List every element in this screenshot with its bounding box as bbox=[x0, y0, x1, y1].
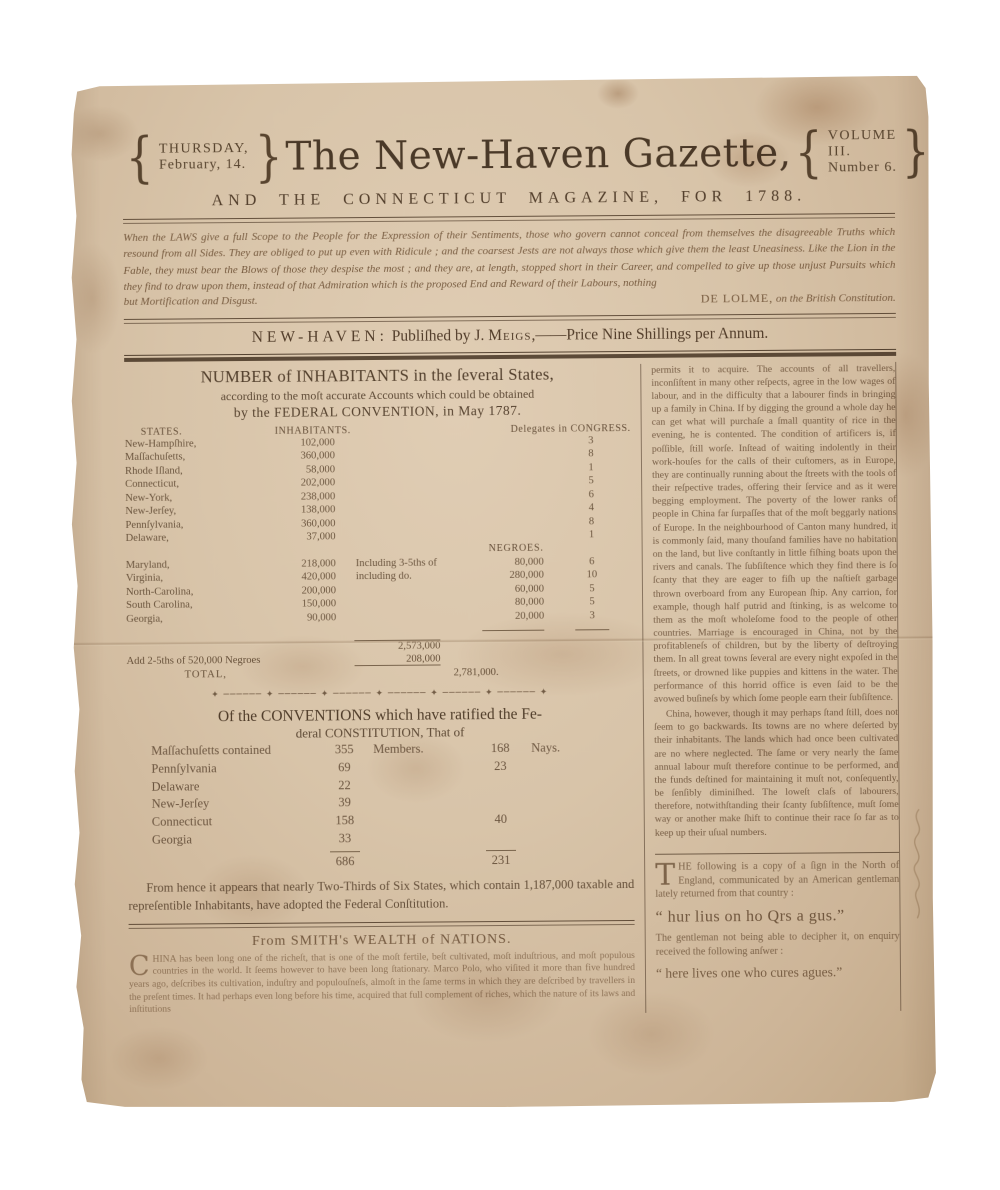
rule-above-anecdote bbox=[655, 852, 899, 855]
ornament-divider: ✦ ────── ✦ ────── ✦ ────── ✦ ────── ✦ ──… bbox=[127, 687, 633, 701]
imprint-price: ,——Price Nine Shillings per Annum. bbox=[531, 324, 768, 343]
epigraph-tail-text: but Mortification and Disgust. bbox=[124, 294, 258, 310]
total-members: 686 bbox=[330, 851, 361, 871]
sign-text: “ hur lius on ho Qrs a gus.” bbox=[655, 907, 899, 927]
epigraph-attribution: DE LOLME, on the British Constitution. bbox=[701, 289, 896, 306]
table-row: Georgia33 bbox=[128, 828, 634, 850]
drop-cap-c: C bbox=[129, 954, 153, 979]
right-brace-close: } bbox=[902, 128, 930, 177]
rule-above-smith bbox=[129, 920, 635, 929]
column-sum-rules bbox=[126, 622, 632, 640]
add-value: 208,000 bbox=[354, 654, 440, 667]
volume-number: VOLUME III. bbox=[828, 128, 897, 161]
total-value: 2,781,000. bbox=[413, 667, 499, 679]
sign-anecdote: THE following is a copy of a ſign in the… bbox=[655, 859, 900, 982]
imprint-city: NEW-HAVEN: bbox=[252, 327, 388, 345]
masthead: { THURSDAY, February, 14. } The New-Have… bbox=[122, 128, 894, 183]
rule-under-imprint bbox=[124, 348, 896, 361]
inhabitants-table: New-Hampſhire,102,0003 Maſſachuſetts,360… bbox=[125, 434, 633, 640]
magazine-subtitle: AND THE CONNECTICUT MAGAZINE, FOR 1788. bbox=[123, 186, 895, 210]
masthead-date: { THURSDAY, February, 14. } bbox=[122, 133, 285, 183]
answer-text: “ here lives one who cures agues.” bbox=[656, 963, 900, 981]
add-label: Add 2-5ths of 520,000 Negroes bbox=[126, 654, 354, 668]
newspaper-page: { THURSDAY, February, 14. } The New-Have… bbox=[65, 76, 937, 1111]
imprint-line: NEW-HAVEN: Publiſhed by J. Meigs,——Price… bbox=[124, 323, 896, 347]
date-month: February, 14. bbox=[159, 157, 249, 174]
smith-body: HINA has been long one of the richeſt, t… bbox=[129, 950, 635, 1016]
imprint-publisher: Publiſhed by J. bbox=[388, 327, 488, 345]
smith-article: CHINA has been long one of the richeſt, … bbox=[129, 950, 635, 1017]
printed-content: { THURSDAY, February, 14. } The New-Have… bbox=[122, 128, 901, 1017]
left-brace-close: } bbox=[254, 133, 282, 182]
subtotal-row: 2,573,000 bbox=[126, 638, 632, 654]
china-continuation-p1: permits it to acquire. The accounts of a… bbox=[651, 361, 898, 705]
issue-number: Number 6. bbox=[828, 160, 897, 177]
rule-under-epigraph bbox=[124, 312, 896, 323]
epigraph-text: When the LAWS give a full Scope to the P… bbox=[123, 223, 895, 295]
left-brace-open: { bbox=[126, 134, 154, 183]
members-word: Members. bbox=[373, 740, 469, 759]
smith-section-title: From SMITH's WEALTH of NATIONS. bbox=[129, 931, 635, 951]
paper-title: The New-Haven Gazette, bbox=[285, 131, 791, 180]
total-row: TOTAL,2,781,000. bbox=[127, 666, 633, 681]
anecdote-middle: The gentleman not being able to decipher… bbox=[656, 930, 900, 959]
total-label: TOTAL, bbox=[127, 668, 413, 681]
add-negroes-row: Add 2-5ths of 520,000 Negroes208,000 bbox=[126, 652, 632, 668]
conventions-total-row: 686231 bbox=[128, 849, 634, 873]
marginalia-handwriting bbox=[905, 806, 932, 926]
imprint-meigs: Meigs bbox=[488, 326, 531, 343]
china-continuation-p2: China, however, though it may perhaps ſt… bbox=[654, 706, 899, 840]
nays-word: Nays. bbox=[531, 739, 633, 758]
total-nays: 231 bbox=[486, 849, 517, 869]
masthead-volume: { VOLUME III. Number 6. } bbox=[791, 128, 933, 178]
rule-under-masthead bbox=[123, 212, 895, 223]
inhabitants-totals: 2,573,000 Add 2-5ths of 520,000 Negroes2… bbox=[126, 638, 632, 681]
date-day: THURSDAY, bbox=[159, 141, 249, 158]
right-brace-open: { bbox=[795, 128, 823, 177]
column-container: NUMBER of INHABITANTS in the ſeveral Sta… bbox=[124, 361, 901, 1017]
left-column: NUMBER of INHABITANTS in the ſeveral Sta… bbox=[124, 363, 645, 1017]
conventions-summary: From hence it appears that nearly Two-Th… bbox=[128, 876, 634, 914]
subtotal-value: 2,573,000 bbox=[354, 640, 440, 653]
negroes-label: NEGROES. bbox=[476, 543, 552, 556]
anecdote-intro: HE following is a copy of a ſign in the … bbox=[655, 860, 899, 900]
drop-cap-t: T bbox=[655, 860, 678, 888]
inhabitants-heading-3: by the FEDERAL CONVENTION, in May 1787. bbox=[125, 402, 631, 422]
conventions-table: Maſſachuſetts contained355Members.168Nay… bbox=[127, 739, 634, 872]
right-column: permits it to acquire. The accounts of a… bbox=[640, 361, 900, 1012]
inhabitants-heading-1: NUMBER of INHABITANTS in the ſeveral Sta… bbox=[124, 364, 630, 388]
